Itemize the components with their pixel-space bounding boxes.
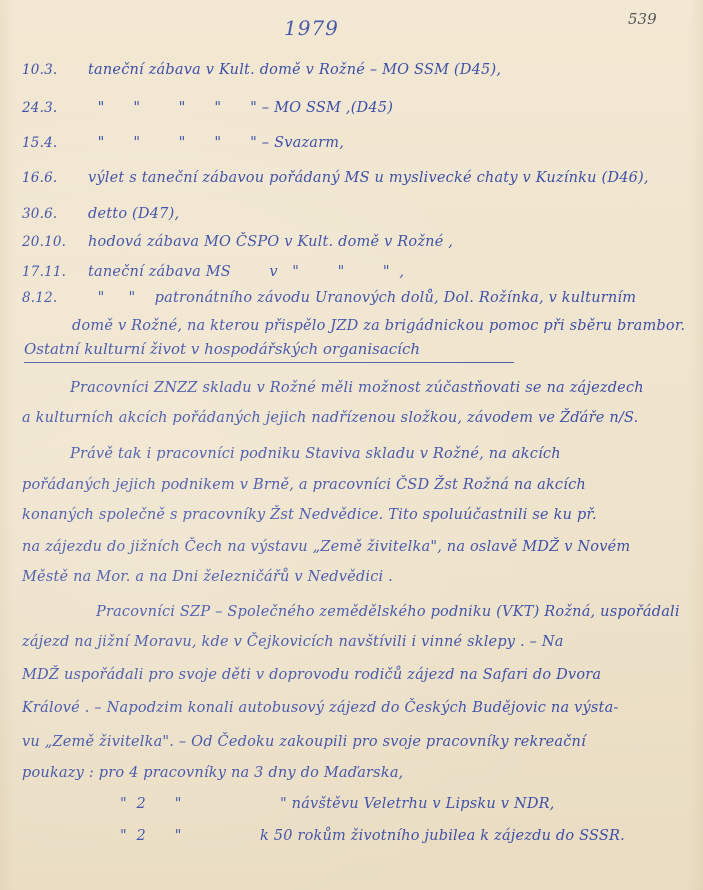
event-text: hodová zábava MO ČSPO v Kult. domě v Rož… — [88, 234, 453, 250]
event-date: 17.11. — [22, 264, 88, 280]
paragraph-line: Pracovníci ZNZZ skladu v Rožné měli možn… — [70, 380, 644, 396]
voucher-count: " 2 " — [120, 796, 280, 812]
paragraph-line: Králové . – Napodzim konali autobusový z… — [22, 700, 619, 716]
paragraph-line: na zájezdu do jižních Čech na výstavu „Z… — [22, 539, 630, 555]
section-heading: Ostatní kulturní život v hospodářských o… — [24, 340, 514, 363]
event-date: 8.12. — [22, 290, 88, 306]
event-entry: 15.4. " " " " " – Svazarm, — [22, 135, 344, 151]
event-text: " " " " " – MO SSM ,(D45) — [88, 100, 393, 116]
voucher-text: k 50 rokům životního jubilea k zájezdu d… — [260, 828, 625, 844]
event-entry: 17.11.taneční zábava MS v " " " , — [22, 264, 404, 280]
paragraph-line: a kulturních akcích pořádaných jejich na… — [22, 410, 638, 426]
voucher-entry: " 2 "k 50 rokům životního jubilea k záje… — [120, 828, 625, 844]
event-continuation: domě v Rožné, na kterou přispělo JZD za … — [72, 318, 685, 334]
paragraph-line: Pracovníci SZP – Společného zemědělského… — [96, 604, 680, 620]
event-entry: 10.3.taneční zábava v Kult. domě v Rožné… — [22, 62, 501, 78]
handwritten-chronicle-page: 1979 539 10.3.taneční zábava v Kult. dom… — [0, 0, 703, 890]
page-number: 539 — [628, 10, 657, 28]
event-text: " " patronátního závodu Uranových dolů, … — [88, 290, 636, 306]
event-entry: 8.12. " " patronátního závodu Uranových … — [22, 290, 636, 306]
paragraph-line: Městě na Mor. a na Dni železničářů v Ned… — [22, 569, 393, 585]
event-entry: 16.6.výlet s taneční zábavou pořádaný MS… — [22, 170, 649, 186]
event-date: 24.3. — [22, 100, 88, 116]
event-date: 16.6. — [22, 170, 88, 186]
voucher-text: " návštěvu Veletrhu v Lipsku v NDR, — [280, 796, 555, 812]
event-date: 30.6. — [22, 206, 88, 222]
paragraph-line: Právě tak i pracovníci podniku Staviva s… — [70, 446, 561, 462]
voucher-count: " 2 " — [120, 828, 260, 844]
event-text: detto (D47), — [88, 206, 179, 222]
event-entry: 30.6.detto (D47), — [22, 206, 179, 222]
event-text: " " " " " – Svazarm, — [88, 135, 344, 151]
voucher-entry: " 2 "" návštěvu Veletrhu v Lipsku v NDR, — [120, 796, 555, 812]
paragraph-line: vu „Země živitelka". – Od Čedoku zakoupi… — [22, 734, 586, 750]
event-entry: 24.3. " " " " " – MO SSM ,(D45) — [22, 100, 393, 116]
paragraph-line: pořádaných jejich podnikem v Brně, a pra… — [22, 477, 586, 493]
paragraph-line: poukazy : pro 4 pracovníky na 3 dny do M… — [22, 765, 403, 781]
event-text: taneční zábava MS v " " " , — [88, 264, 404, 280]
event-date: 20.10. — [22, 234, 88, 250]
event-text: výlet s taneční zábavou pořádaný MS u my… — [88, 170, 649, 186]
event-text: taneční zábava v Kult. domě v Rožné – MO… — [88, 62, 501, 78]
year-heading: 1979 — [284, 16, 339, 40]
paragraph-line: konaných společně s pracovníky Žst Nedvě… — [22, 507, 597, 523]
paragraph-line: zájezd na jižní Moravu, kde v Čejkovicíc… — [22, 634, 564, 650]
paragraph-line: MDŽ uspořádali pro svoje děti v doprovod… — [22, 667, 601, 683]
event-entry: 20.10.hodová zábava MO ČSPO v Kult. domě… — [22, 234, 453, 250]
event-date: 15.4. — [22, 135, 88, 151]
event-date: 10.3. — [22, 62, 88, 78]
